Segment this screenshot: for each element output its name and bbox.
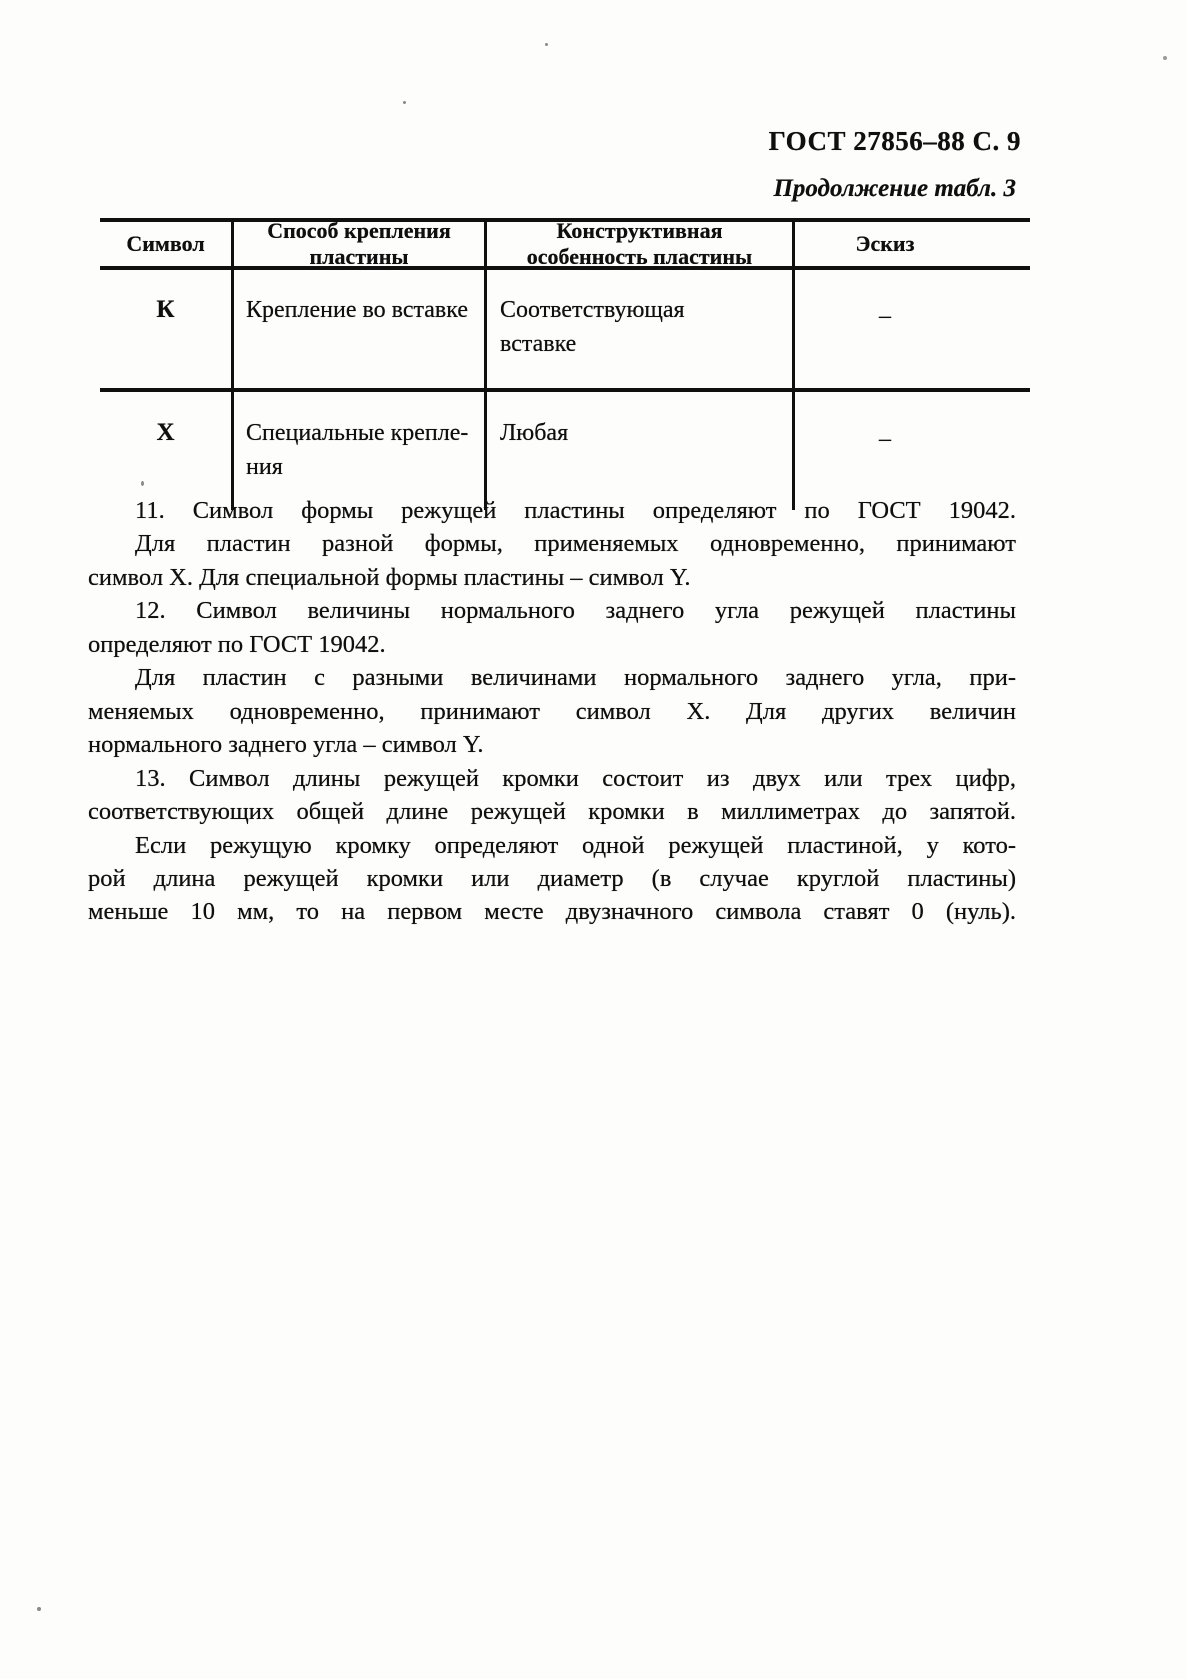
cell-line: Соответствующая: [500, 293, 790, 327]
cell-line: Крепление во вставке: [246, 293, 486, 327]
body-line: соответствующих общей длине режущей кром…: [88, 795, 1016, 828]
table-header-symbol: Символ: [100, 222, 231, 266]
table-continuation-caption: Продолжение табл. 3: [773, 175, 1016, 203]
table-row-x-feature: Любая: [500, 416, 790, 450]
scan-speck: [545, 43, 548, 46]
table-row-x-sketch-dash: –: [795, 422, 975, 456]
body-line: рой длина режущей кромки или диаметр (в …: [88, 862, 1016, 895]
table-header-design-feature: Конструктивная особенность пластины: [487, 222, 792, 266]
scan-speck: [1163, 56, 1167, 60]
table-row-k-method: Крепление во вставке: [246, 293, 486, 327]
scan-speck: [37, 1607, 41, 1611]
table-row-k-sketch-dash: –: [795, 299, 975, 333]
body-line: меньше 10 мм, то на первом месте двузнач…: [88, 895, 1016, 928]
cell-line: вставке: [500, 327, 790, 361]
table-header-text: Конструктивная: [557, 218, 723, 244]
body-paragraphs: 11. Символ формы режущей пластины опреде…: [88, 494, 1016, 929]
cell-line: Специальные крепле-: [246, 416, 486, 450]
body-line: нормального заднего угла – символ Y.: [88, 728, 1016, 761]
table-header-text: Эскиз: [856, 231, 915, 257]
table-header-text: пластины: [309, 244, 408, 270]
body-line: 11. Символ формы режущей пластины опреде…: [88, 494, 1016, 527]
cell-line: Любая: [500, 416, 790, 450]
table-row-k-symbol: К: [100, 293, 231, 327]
body-line: 13. Символ длины режущей кромки состоит …: [88, 762, 1016, 795]
doc-reference: ГОСТ 27856–88 С. 9: [769, 126, 1021, 157]
body-line: символ X. Для специальной формы пластины…: [88, 561, 1016, 594]
table-row-x-symbol: Х: [100, 416, 231, 450]
table-header-sketch: Эскиз: [795, 222, 975, 266]
scan-speck: [141, 481, 144, 486]
document-page: ГОСТ 27856–88 С. 9 Продолжение табл. 3 С…: [0, 0, 1187, 1679]
table-row-k-feature: Соответствующая вставке: [500, 293, 790, 361]
table-header-text: Способ крепления: [267, 218, 451, 244]
body-line: Для пластин разной формы, применяемых од…: [88, 527, 1016, 560]
table-header-text: Символ: [126, 231, 204, 257]
body-line: 12. Символ величины нормального заднего …: [88, 594, 1016, 627]
scan-speck: [403, 101, 406, 104]
cell-line: ния: [246, 450, 486, 484]
table-header-mounting-method: Способ крепления пластины: [234, 222, 484, 266]
table-row-x-method: Специальные крепле- ния: [246, 416, 486, 484]
body-line: Если режущую кромку определяют одной реж…: [88, 829, 1016, 862]
body-line: меняемых одновременно, принимают символ …: [88, 695, 1016, 728]
table-header-text: особенность пластины: [527, 244, 752, 270]
body-line: определяют по ГОСТ 19042.: [88, 628, 1016, 661]
body-line: Для пластин с разными величинами нормаль…: [88, 661, 1016, 694]
table-row-separator: [100, 388, 1030, 392]
